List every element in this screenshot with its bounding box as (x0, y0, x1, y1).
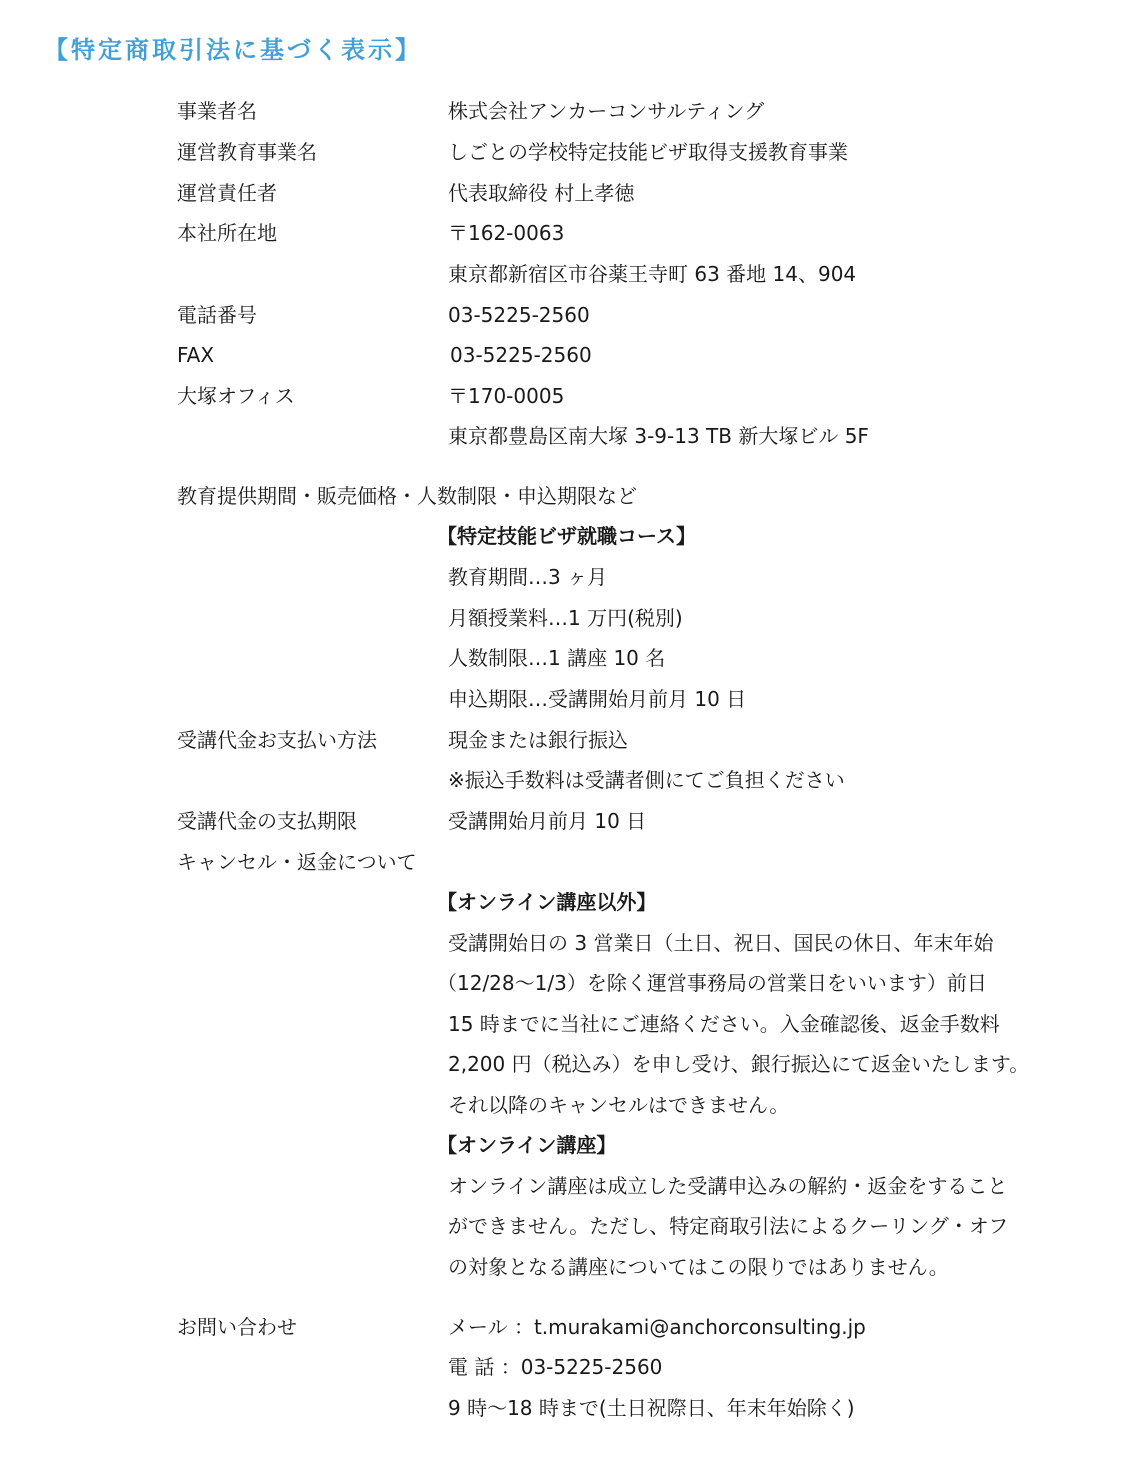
value-head-office-postal: 〒162-0063 (448, 219, 564, 247)
value-head-office-address: 東京都新宿区市谷薬王寺町 63 番地 14、904 (448, 260, 856, 288)
online-line: オンライン講座は成立した受講申込みの解約・返金をすること (448, 1172, 1007, 1200)
offline-line: 2,200 円（税込み）を申し受け、銀行振込にて返金いたします。 (448, 1050, 1029, 1078)
value-business-name: 株式会社アンカーコンサルティング (448, 97, 764, 125)
value-payment-method: 現金または銀行振込 (448, 726, 628, 754)
course-title: 【特定技能ビザ就職コース】 (437, 522, 696, 550)
online-line: ができません。ただし、特定商取引法によるクーリング・オフ (448, 1212, 1008, 1240)
contact-hours: 9 時～18 時まで(土日祝際日、年末年始除く) (448, 1394, 855, 1422)
label-head-office: 本社所在地 (177, 219, 277, 247)
page-title: 【特定商取引法に基づく表示】 (44, 30, 422, 65)
offline-line: 受講開始日の 3 営業日（土日、祝日、国民の休日、年末年始 (448, 929, 993, 957)
contact-email[interactable]: メール ：t.murakami@anchorconsulting.jp (448, 1313, 866, 1341)
course-fee: 月額授業料…1 万円(税別) (448, 604, 683, 632)
label-business-name: 事業者名 (177, 97, 257, 125)
label-manager: 運営責任者 (177, 179, 277, 207)
label-education-terms: 教育提供期間・販売価格・人数制限・申込期限など (177, 482, 637, 510)
label-fax: FAX (177, 341, 214, 369)
label-phone: 電話番号 (177, 301, 257, 329)
value-fax: 03-5225-2560 (450, 341, 592, 369)
online-title: 【オンライン講座】 (437, 1131, 616, 1159)
value-phone[interactable]: 03-5225-2560 (448, 301, 590, 329)
offline-title: 【オンライン講座以外】 (437, 888, 656, 916)
value-payment-deadline: 受講開始月前月 10 日 (448, 807, 646, 835)
label-cancel-refund: キャンセル・返金について (177, 848, 417, 876)
value-payment-note: ※振込手数料は受講者側にてご負担ください (448, 766, 845, 794)
label-otsuka-office: 大塚オフィス (177, 382, 295, 410)
contact-phone[interactable]: 電 話 ：03-5225-2560 (448, 1353, 662, 1381)
label-contact: お問い合わせ (177, 1313, 297, 1341)
course-capacity: 人数制限…1 講座 10 名 (448, 644, 665, 672)
course-deadline: 申込期限…受講開始月前月 10 日 (448, 685, 746, 713)
label-payment-deadline: 受講代金の支払期限 (177, 807, 357, 835)
label-education-business-name: 運営教育事業名 (177, 138, 317, 166)
course-period: 教育期間…3 ヶ月 (448, 563, 607, 591)
offline-line: それ以降のキャンセルはできません。 (448, 1091, 789, 1119)
value-education-business-name: しごとの学校特定技能ビザ取得支援教育事業 (448, 138, 848, 166)
value-otsuka-postal: 〒170-0005 (448, 382, 564, 410)
online-line: の対象となる講座についてはこの限りではありません。 (448, 1253, 949, 1281)
value-manager: 代表取締役 村上孝徳 (448, 179, 634, 207)
offline-line: （12/28～1/3）を除く運営事務局の営業日をいいます）前日 (437, 969, 987, 997)
offline-line: 15 時までに当社にご連絡ください。入金確認後、返金手数料 (448, 1010, 1000, 1038)
value-otsuka-address: 東京都豊島区南大塚 3-9-13 TB 新大塚ビル 5F (448, 422, 869, 450)
label-payment-method: 受講代金お支払い方法 (177, 726, 377, 754)
